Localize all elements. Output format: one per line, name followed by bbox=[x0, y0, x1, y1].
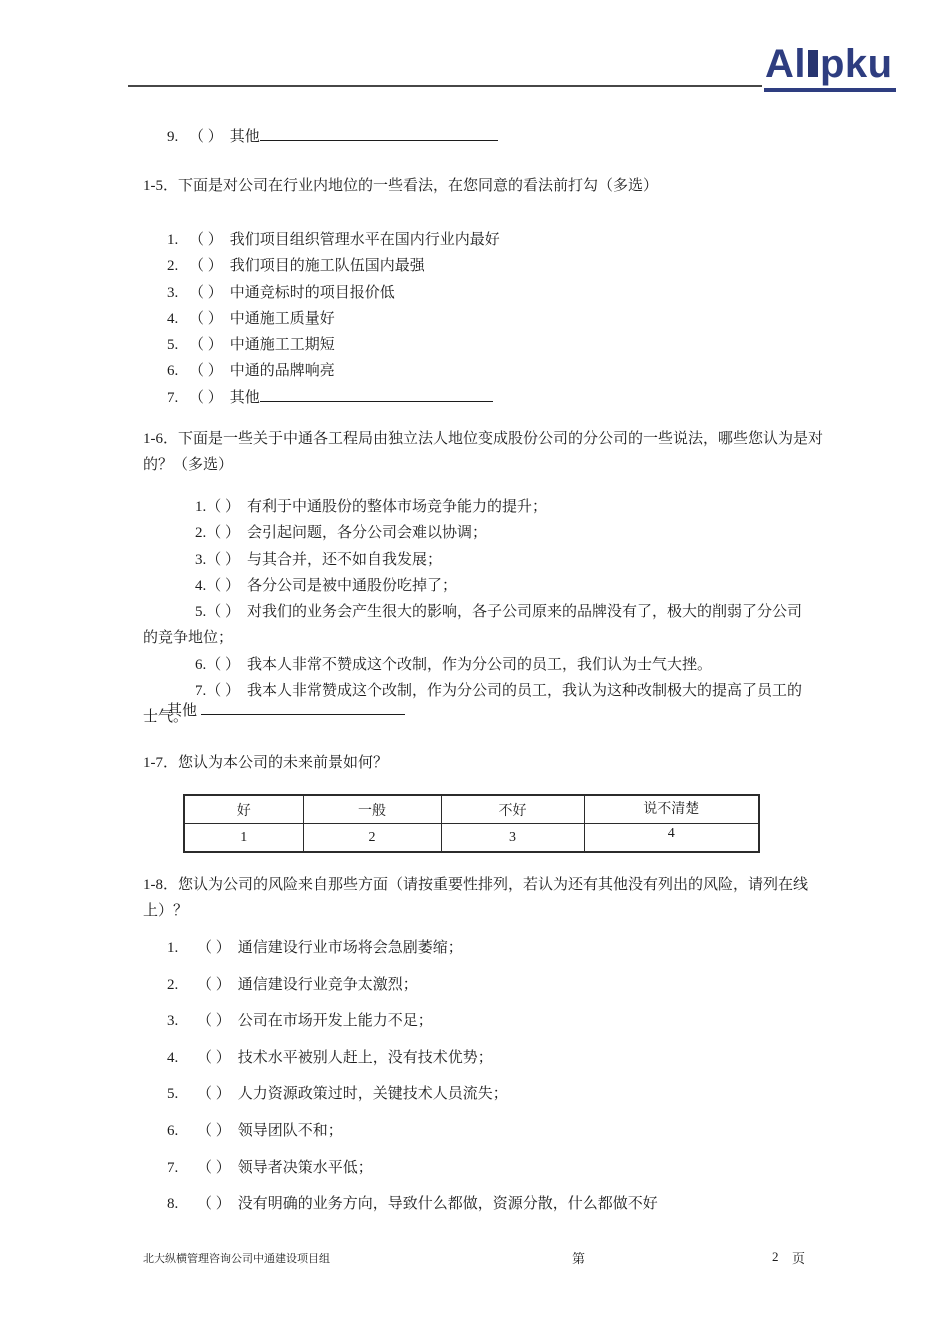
checkbox-paren: （ ） bbox=[197, 1050, 231, 1066]
option-text: 公司在市场开发上能力不足； bbox=[238, 1013, 433, 1029]
checkbox-paren: （ ） bbox=[197, 1160, 231, 1176]
table-value-cell: 2 bbox=[303, 824, 441, 853]
option-text: 其他 bbox=[230, 390, 260, 406]
option-text: 我们项目组织管理水平在国内行业内最好 bbox=[230, 232, 500, 248]
checkbox-paren: （ ） bbox=[197, 1013, 231, 1029]
option-text: 对我们的业务会产生很大的影响，各子公司原来的品牌没有了，极大的削弱了分公司的竞争… bbox=[143, 604, 802, 646]
option-row: 6.（ ）领导团队不和； bbox=[167, 1113, 658, 1150]
option-number: 1. bbox=[167, 930, 197, 967]
option-text: 中通施工质量好 bbox=[230, 311, 335, 327]
question-1-6-other-row: 其他 bbox=[167, 700, 405, 721]
question-1-7-title: 1-7．您认为本公司的未来前景如何？ bbox=[143, 751, 388, 775]
option-number: 4. bbox=[167, 1040, 197, 1077]
checkbox-paren: （ ） bbox=[206, 604, 240, 620]
fill-in-blank bbox=[260, 387, 493, 402]
option-row-other: 7.（ ）其他 bbox=[167, 385, 500, 411]
checkbox-paren: （ ） bbox=[206, 552, 240, 568]
option-row: 7.（ ）领导者决策水平低； bbox=[167, 1150, 658, 1187]
footer-page-number: 2 bbox=[772, 1249, 779, 1265]
footer-page-prefix: 第 bbox=[572, 1248, 585, 1267]
option-text: 有利于中通股份的整体市场竞争能力的提升； bbox=[247, 499, 547, 515]
checkbox-paren: （ ） bbox=[189, 258, 223, 274]
option-number: 9. bbox=[167, 127, 189, 147]
option-text: 会引起问题，各分公司会难以协调； bbox=[247, 525, 487, 541]
option-number: 5. bbox=[167, 1076, 197, 1113]
option-number: 8. bbox=[167, 1186, 197, 1223]
option-text: 与其合并，还不如自我发展； bbox=[247, 552, 442, 568]
checkbox-paren: （ ） bbox=[189, 390, 223, 406]
option-number: 6. bbox=[167, 1113, 197, 1150]
option-number: 2. bbox=[167, 253, 189, 279]
option-text: 中通的品牌响亮 bbox=[230, 363, 335, 379]
table-value-cell: 4 bbox=[584, 824, 759, 853]
option-text: 没有明确的业务方向，导致什么都做，资源分散，什么都做不好 bbox=[238, 1196, 658, 1212]
option-number: 6. bbox=[169, 652, 206, 678]
option-text: 技术水平被别人赶上，没有技术优势； bbox=[238, 1050, 493, 1066]
table-header-cell: 不好 bbox=[441, 795, 584, 824]
header-rule bbox=[128, 85, 762, 87]
table-value-cell: 1 bbox=[184, 824, 303, 853]
option-row: 5.（ ）对我们的业务会产生很大的影响，各子公司原来的品牌没有了，极大的削弱了分… bbox=[143, 599, 807, 652]
option-row: 1.（ ）我们项目组织管理水平在国内行业内最好 bbox=[167, 227, 500, 253]
checkbox-paren: （ ） bbox=[197, 1196, 231, 1212]
table-value-cell: 3 bbox=[441, 824, 584, 853]
checkbox-paren: （ ） bbox=[206, 683, 240, 699]
table-header-cell: 一般 bbox=[303, 795, 441, 824]
checkbox-paren: （ ） bbox=[197, 1123, 231, 1139]
allpku-logo: Alpku bbox=[764, 42, 896, 92]
option-number: 2. bbox=[167, 967, 197, 1004]
option-number: 5. bbox=[169, 599, 206, 625]
option-number: 5. bbox=[167, 332, 189, 358]
question-1-5-title: 1-5．下面是对公司在行业内地位的一些看法，在您同意的看法前打勾（多选） bbox=[143, 174, 658, 198]
option-text: 人力资源政策过时，关键技术人员流失； bbox=[238, 1086, 508, 1102]
option-number: 7. bbox=[167, 385, 189, 411]
response-table: 好 一般 不好 说不清楚 1 2 3 4 bbox=[183, 794, 760, 853]
option-text: 中通施工工期短 bbox=[230, 337, 335, 353]
fill-in-blank bbox=[201, 700, 405, 715]
option-row: 4.（ ）技术水平被别人赶上，没有技术优势； bbox=[167, 1040, 658, 1077]
option-row: 6.（ ）中通的品牌响亮 bbox=[167, 358, 500, 384]
option-number: 3. bbox=[169, 547, 206, 573]
logo-block-icon bbox=[808, 50, 818, 77]
option-text: 我本人非常不赞成这个改制，作为分公司的员工，我们认为士气大挫。 bbox=[247, 657, 712, 673]
question-1-8-options: 1.（ ）通信建设行业市场将会急剧萎缩； 2.（ ）通信建设行业竞争太激烈； 3… bbox=[167, 930, 658, 1223]
logo-text-right: pku bbox=[820, 42, 893, 86]
option-number: 7. bbox=[167, 1150, 197, 1187]
other-label: 其他 bbox=[167, 703, 197, 719]
questionnaire-page: Alpku 9.（ ）其他 1-5．下面是对公司在行业内地位的一些看法，在您同意… bbox=[0, 0, 950, 1344]
option-row: 3.（ ）公司在市场开发上能力不足； bbox=[167, 1003, 658, 1040]
option-row: 1.（ ）通信建设行业市场将会急剧萎缩； bbox=[167, 930, 658, 967]
option-row: 3.（ ）中通竞标时的项目报价低 bbox=[167, 280, 500, 306]
option-text: 通信建设行业市场将会急剧萎缩； bbox=[238, 940, 463, 956]
table-header-cell: 说不清楚 bbox=[584, 795, 759, 824]
option-row: 2.（ ）我们项目的施工队伍国内最强 bbox=[167, 253, 500, 279]
question-1-6-title: 1-6．下面是一些关于中通各工程局由独立法人地位变成股份公司的分公司的一些说法，… bbox=[143, 426, 823, 478]
question-1-5-options: 1.（ ）我们项目组织管理水平在国内行业内最好 2.（ ）我们项目的施工队伍国内… bbox=[167, 227, 500, 411]
option-row: 2.（ ）通信建设行业竞争太激烈； bbox=[167, 967, 658, 1004]
option-number: 2. bbox=[169, 520, 206, 546]
option-row: 3.（ ）与其合并，还不如自我发展； bbox=[143, 547, 807, 573]
fill-in-blank bbox=[260, 126, 498, 141]
logo-text-left: Al bbox=[765, 42, 806, 86]
option-row: 8.（ ）没有明确的业务方向，导致什么都做，资源分散，什么都做不好 bbox=[167, 1186, 658, 1223]
option-number: 6. bbox=[167, 358, 189, 384]
option-text: 各分公司是被中通股份吃掉了； bbox=[247, 578, 457, 594]
option-text: 我们项目的施工队伍国内最强 bbox=[230, 258, 425, 274]
checkbox-paren: （ ） bbox=[189, 337, 223, 353]
option-row: 2.（ ）会引起问题，各分公司会难以协调； bbox=[143, 520, 807, 546]
option-text: 中通竞标时的项目报价低 bbox=[230, 285, 395, 301]
checkbox-paren: （ ） bbox=[197, 940, 231, 956]
option-row-9-other: 9.（ ）其他 bbox=[167, 126, 498, 147]
footer-page-suffix: 页 bbox=[792, 1248, 805, 1267]
question-1-8-title: 1-8．您认为公司的风险来自那些方面（请按重要性排列，若认为还有其他没有列出的风… bbox=[143, 872, 823, 924]
table-header-row: 好 一般 不好 说不清楚 bbox=[184, 795, 759, 824]
option-text: 领导者决策水平低； bbox=[238, 1160, 373, 1176]
option-number: 1. bbox=[169, 494, 206, 520]
checkbox-paren: （ ） bbox=[189, 363, 223, 379]
checkbox-paren: （ ） bbox=[197, 1086, 231, 1102]
checkbox-paren: （ ） bbox=[189, 129, 223, 145]
question-1-6-options: 1.（ ）有利于中通股份的整体市场竞争能力的提升； 2.（ ）会引起问题，各分公… bbox=[143, 494, 807, 731]
checkbox-paren: （ ） bbox=[189, 311, 223, 327]
option-row: 4.（ ）各分公司是被中通股份吃掉了； bbox=[143, 573, 807, 599]
option-row: 5.（ ）中通施工工期短 bbox=[167, 332, 500, 358]
option-row: 6.（ ）我本人非常不赞成这个改制，作为分公司的员工，我们认为士气大挫。 bbox=[143, 652, 807, 678]
checkbox-paren: （ ） bbox=[197, 977, 231, 993]
checkbox-paren: （ ） bbox=[206, 657, 240, 673]
checkbox-paren: （ ） bbox=[206, 525, 240, 541]
checkbox-paren: （ ） bbox=[206, 499, 240, 515]
option-row: 4.（ ）中通施工质量好 bbox=[167, 306, 500, 332]
footer-project-team: 北大纵横管理咨询公司中通建设项目组 bbox=[143, 1250, 330, 1266]
option-row: 1.（ ）有利于中通股份的整体市场竞争能力的提升； bbox=[143, 494, 807, 520]
option-number: 3. bbox=[167, 1003, 197, 1040]
table-value-row: 1 2 3 4 bbox=[184, 824, 759, 853]
checkbox-paren: （ ） bbox=[206, 578, 240, 594]
option-text: 领导团队不和； bbox=[238, 1123, 343, 1139]
option-text: 通信建设行业竞争太激烈； bbox=[238, 977, 418, 993]
option-number: 1. bbox=[167, 227, 189, 253]
option-number: 4. bbox=[169, 573, 206, 599]
option-row: 5.（ ）人力资源政策过时，关键技术人员流失； bbox=[167, 1076, 658, 1113]
checkbox-paren: （ ） bbox=[189, 232, 223, 248]
table-header-cell: 好 bbox=[184, 795, 303, 824]
option-number: 4. bbox=[167, 306, 189, 332]
option-label: 其他 bbox=[230, 129, 260, 145]
option-number: 3. bbox=[167, 280, 189, 306]
checkbox-paren: （ ） bbox=[189, 285, 223, 301]
